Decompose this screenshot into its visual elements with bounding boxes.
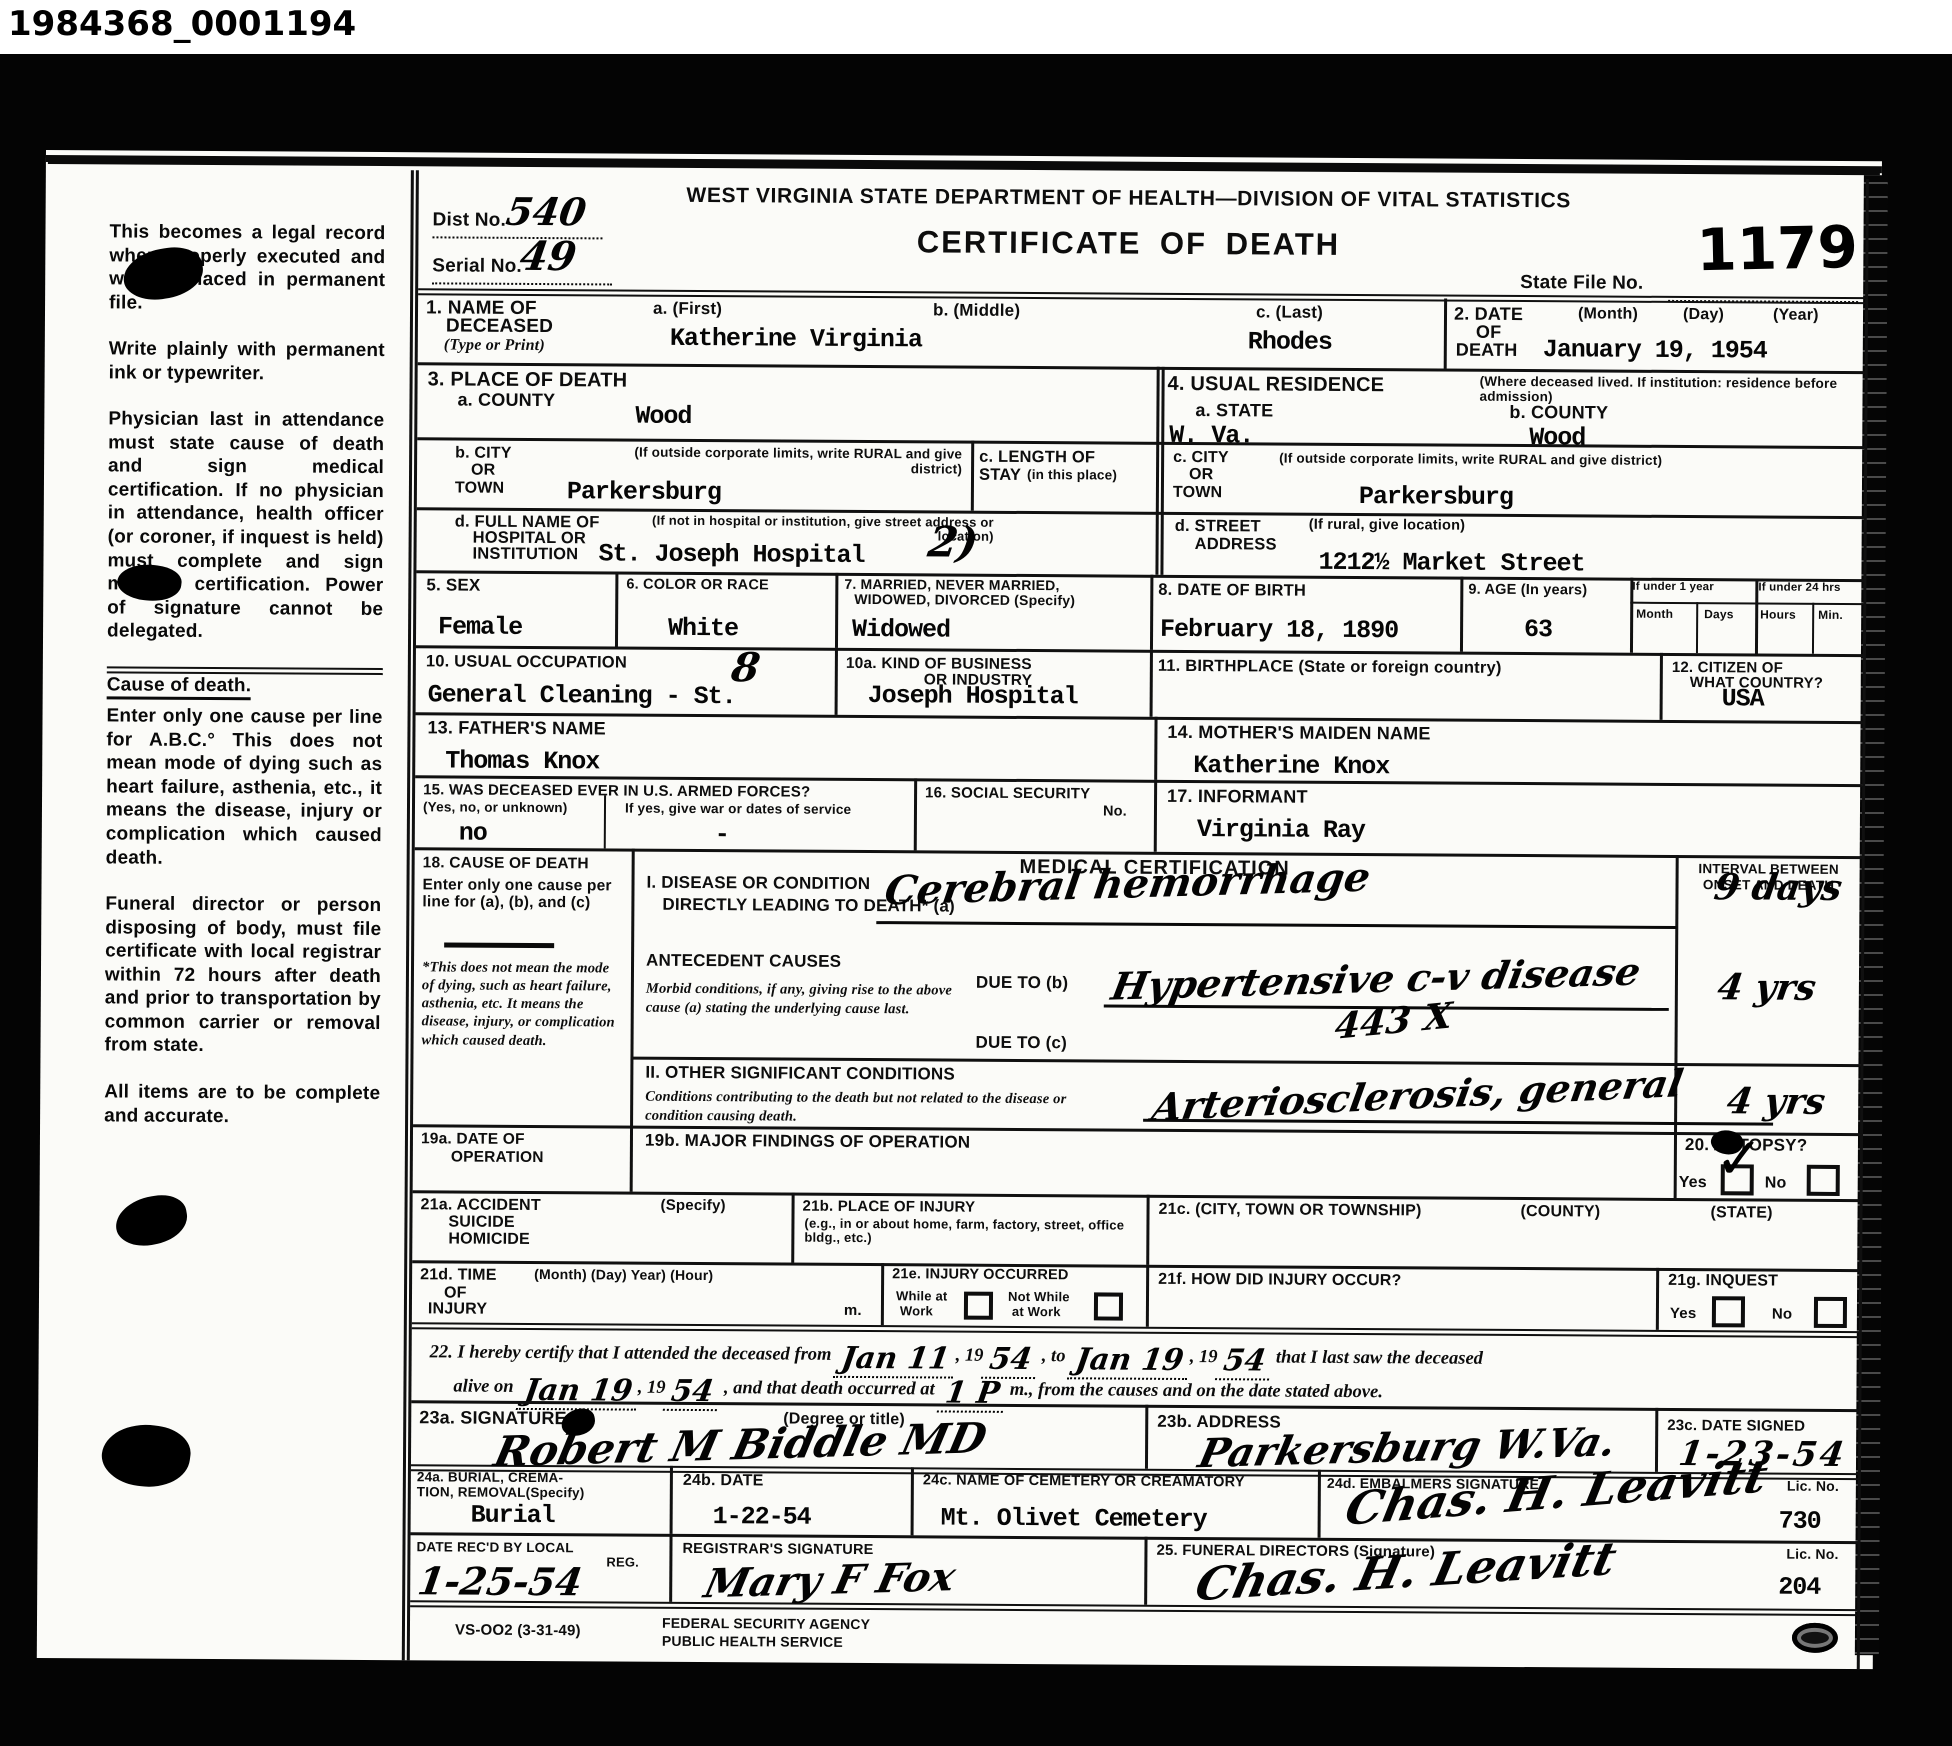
other-conditions-value: Arteriosclerosis, general <box>1149 1060 1687 1129</box>
rule <box>444 942 554 948</box>
under-1yr-label: If under 1 year <box>1632 581 1714 594</box>
father-value: Thomas Knox <box>445 746 599 776</box>
first-name-label: a. (First) <box>653 300 722 319</box>
while-at-work-checkbox <box>964 1292 993 1320</box>
birth-date-label: 8. DATE OF BIRTH <box>1158 581 1306 600</box>
rule <box>413 1190 1860 1202</box>
rule <box>416 712 1863 724</box>
inquest-label: 21g. INQUEST <box>1668 1272 1778 1290</box>
date-of-operation-label: 19a. DATE OF <box>421 1130 525 1148</box>
street-value: 1212½ Market Street <box>1318 548 1584 579</box>
attended-from-date: Jan 11 <box>833 1341 958 1379</box>
certificate-form: WEST VIRGINIA STATE DEPARTMENT OF HEALTH… <box>402 170 1869 1669</box>
first-name-value: Katherine Virginia <box>670 324 922 355</box>
rule <box>615 571 618 646</box>
rule <box>971 441 974 511</box>
date-of-death-label3: DEATH <box>1456 341 1518 361</box>
interval-a-value: 9 days <box>1711 866 1844 909</box>
armed-forces-label: 15. WAS DECEASED EVER IN U.S. ARMED FORC… <box>423 782 810 801</box>
attended-from-year: 54 <box>981 1342 1040 1379</box>
hours-sub-label: Hours <box>1760 608 1796 621</box>
city-label: b. CITY <box>455 445 512 463</box>
month-sub-label: Month <box>1636 608 1673 621</box>
age-value: 63 <box>1524 615 1552 644</box>
place-of-death-label: 3. PLACE OF DEATH <box>428 368 628 391</box>
due-to-c-label: DUE TO (c) <box>976 1034 1068 1053</box>
director-lic-value: 204 <box>1778 1573 1820 1602</box>
specify-note: (Specify) <box>661 1198 726 1215</box>
scan-id-label: 1984368_0001194 <box>8 4 356 44</box>
rule <box>670 1466 673 1534</box>
due-to-c-scribble: 443 X <box>1333 995 1453 1048</box>
rule <box>1656 1268 1659 1330</box>
last-seen-year: 54 <box>663 1374 722 1411</box>
state-file-no-stamp: 1179 <box>1696 213 1859 284</box>
burial-date-value: 1-22-54 <box>713 1502 811 1532</box>
inquest-no-label: No <box>1772 1307 1793 1324</box>
rule <box>1154 780 1157 852</box>
rule <box>604 795 606 848</box>
rule <box>669 1534 672 1602</box>
instructions-column: This becomes a legal record when properl… <box>104 220 386 1152</box>
certify-text: , and that death occurred at <box>724 1378 935 1399</box>
form-number: VS-OO2 (3-31-49) <box>455 1623 581 1640</box>
director-lic-label: Lic. No. <box>1786 1547 1838 1563</box>
embalmer-lic-value: 730 <box>1779 1507 1821 1536</box>
interval-b-value: 4 yrs <box>1715 966 1819 1009</box>
name-note: (Type or Print) <box>444 336 545 354</box>
rule <box>1755 578 1758 653</box>
rule <box>416 645 1863 657</box>
not-while-label: Not While <box>1008 1290 1070 1305</box>
occupation-value: General Cleaning - St. <box>428 680 736 711</box>
department-title: WEST VIRGINIA STATE DEPARTMENT OF HEALTH… <box>479 183 1779 214</box>
street-note: (If rural, give location) <box>1309 518 1466 535</box>
rule <box>418 288 1865 304</box>
date-received-label2: REG. <box>606 1555 639 1569</box>
usual-residence-label: 4. USUAL RESIDENCE <box>1168 373 1385 396</box>
res-county-value: Wood <box>1529 423 1585 452</box>
middle-name-label: b. (Middle) <box>933 301 1020 320</box>
rule <box>410 1600 1857 1616</box>
rule <box>1630 602 1863 605</box>
county-label: a. COUNTY <box>457 391 555 411</box>
last-name-label: c. (Last) <box>1256 303 1323 322</box>
while-at-label: While at <box>896 1289 948 1304</box>
marital-label2: WIDOWED, DIVORCED (Specify) <box>854 592 1075 609</box>
disease-label: I. DISEASE OR CONDITION <box>646 874 870 894</box>
res-city-label-or: OR <box>1189 466 1214 484</box>
time-of-injury-label: 21d. TIME <box>420 1266 497 1284</box>
rule <box>1812 603 1814 654</box>
rule <box>1444 299 1447 369</box>
inquest-no-checkbox <box>1814 1297 1847 1328</box>
res-city-value: Parkersburg <box>1359 482 1513 512</box>
last-name-value: Rhodes <box>1248 327 1332 357</box>
name-label2: DECEASED <box>446 316 553 338</box>
rule <box>1146 1265 1149 1327</box>
rule <box>876 921 1676 929</box>
ink-blot <box>98 1419 193 1492</box>
marital-value: Widowed <box>852 615 950 645</box>
street-label: d. STREET <box>1175 517 1261 536</box>
state-file-no-label: State File No. <box>1520 273 1643 295</box>
birth-date-value: February 18, 1890 <box>1160 615 1398 645</box>
rule <box>1154 717 1157 780</box>
at-work-label: at Work <box>1012 1305 1061 1320</box>
rule <box>1318 1470 1321 1538</box>
attended-to-year: 54 <box>1215 1343 1274 1380</box>
serial-no-value: 49 <box>517 233 580 280</box>
certify-text: , to <box>1042 1346 1066 1366</box>
injury-county-label: (COUNTY) <box>1520 1203 1600 1221</box>
citizen-value: USA <box>1722 684 1764 713</box>
death-time-value: 1 P <box>937 1375 1008 1412</box>
father-label: 13. FATHER'S NAME <box>427 718 605 739</box>
interval-ii-value: 4 yrs <box>1724 1080 1828 1123</box>
hospital-label3: INSTITUTION <box>472 545 578 564</box>
sex-label: 5. SEX <box>426 576 480 595</box>
last-seen-date: Jan 19 <box>515 1373 640 1411</box>
rule <box>1144 1537 1147 1605</box>
rule <box>1460 577 1463 652</box>
dotted-line <box>432 282 612 285</box>
rule <box>791 1193 794 1263</box>
autopsy-no-checkbox <box>1807 1165 1840 1196</box>
city-note: (If outside corporate limits, write RURA… <box>582 445 962 477</box>
res-city-label: c. CITY <box>1173 449 1229 467</box>
agency-line-1: FEDERAL SECURITY AGENCY <box>662 1616 870 1633</box>
stamp-icon <box>1792 1623 1838 1653</box>
other-conditions-label: II. OTHER SIGNIFICANT CONDITIONS <box>645 1064 955 1085</box>
instruction-paragraph: Physician last in attendance must state … <box>107 408 384 645</box>
attended-to-date: Jan 19 <box>1067 1342 1192 1380</box>
date-signed-label: 23c. DATE SIGNED <box>1667 1418 1805 1435</box>
informant-value: Virginia Ray <box>1197 815 1365 845</box>
inquest-yes-checkbox <box>1712 1296 1745 1327</box>
time-of-injury-cols: (Month) (Day) Year) (Hour) <box>534 1267 713 1283</box>
res-city-note: (If outside corporate limits, write RURA… <box>1279 452 1662 469</box>
autopsy-yes-label: Yes <box>1679 1174 1707 1192</box>
rule <box>835 648 838 715</box>
hospital-value: St. Joseph Hospital <box>598 539 864 570</box>
injury-state-label: (STATE) <box>1710 1204 1772 1222</box>
rule <box>411 1532 1858 1544</box>
year-col-label: (Year) <box>1773 307 1819 325</box>
rule <box>1674 855 1679 1198</box>
rule <box>412 1322 1859 1338</box>
rule <box>1145 1405 1148 1469</box>
certify-text: alive on <box>453 1377 513 1397</box>
res-county-label: b. COUNTY <box>1509 403 1608 423</box>
date-received-label: DATE REC'D BY LOCAL <box>416 1540 573 1556</box>
birthplace-label: 11. BIRTHPLACE (State or foreign country… <box>1158 657 1502 677</box>
rule <box>417 507 1864 519</box>
burial-date-label: 24b. DATE <box>683 1472 764 1490</box>
not-while-at-work-checkbox <box>1094 1292 1123 1320</box>
cemetery-value: Mt. Olivet Cemetery <box>941 1503 1207 1534</box>
city-label-or: OR <box>471 462 496 480</box>
cause-instruction-2: *This does not mean the mode of dying, s… <box>422 958 625 1050</box>
business-label: 10a. KIND OF BUSINESS <box>846 655 1032 673</box>
war-dates-value: - <box>715 820 729 849</box>
mother-label: 14. MOTHER'S MAIDEN NAME <box>1167 723 1430 744</box>
race-label: 6. COLOR OR RACE <box>626 578 769 595</box>
burial-label2: TION, REMOVAL(Specify) <box>417 1485 585 1501</box>
suicide-label: SUICIDE <box>448 1213 514 1231</box>
state-label: a. STATE <box>1195 401 1273 421</box>
burial-value: Burial <box>471 1501 555 1531</box>
rule <box>881 1263 884 1325</box>
rule <box>1630 578 1633 653</box>
under-24hr-label: If under 24 hrs <box>1758 581 1840 594</box>
certificate-page: This becomes a legal record when properl… <box>37 150 1882 1669</box>
rule <box>911 1467 914 1535</box>
due-to-b-label: DUE TO (b) <box>976 974 1068 993</box>
injury-occurred-label: 21e. INJURY OCCURRED <box>892 1267 1069 1284</box>
race-value: White <box>668 614 738 643</box>
date-of-death-value: January 19, 1954 <box>1543 335 1767 365</box>
date-received-value: 1-25-54 <box>415 1558 585 1604</box>
instruction-paragraph: Enter only one cause per line for A.B.C.… <box>106 705 383 872</box>
mother-value: Katherine Knox <box>1193 751 1389 781</box>
certify-text: m., from the causes and on the date stat… <box>1010 1380 1383 1402</box>
day-col-label: (Day) <box>1683 306 1724 324</box>
time-of-injury-label3: INJURY <box>428 1300 487 1318</box>
work-label: Work <box>900 1304 933 1318</box>
rule <box>1660 653 1663 720</box>
place-of-injury-label: 21b. PLACE OF INJURY <box>803 1199 976 1217</box>
armed-forces-note2: If yes, give war or dates of service <box>625 802 851 818</box>
certify-text: that I last saw the deceased <box>1276 1348 1483 1369</box>
injury-city-label: 21c. (CITY, TOWN OR TOWNSHIP) <box>1158 1201 1421 1220</box>
cause-of-death-heading: Cause of death. <box>107 666 383 698</box>
rule <box>1150 575 1153 650</box>
due-to-b-value: Hypertensive c-v disease <box>1108 949 1644 1009</box>
accident-label: 21a. ACCIDENT <box>421 1196 541 1214</box>
month-col-label: (Month) <box>1578 305 1638 323</box>
days-sub-label: Days <box>1704 608 1734 621</box>
handwritten-mark: 2) <box>925 517 981 566</box>
rule <box>1150 650 1153 717</box>
agency-line-2: PUBLIC HEALTH SERVICE <box>662 1634 843 1650</box>
rule <box>1155 367 1164 575</box>
rule <box>1146 1195 1149 1265</box>
rule <box>914 778 917 850</box>
scan-viewer: 1984368_0001194 This becomes a legal rec… <box>0 0 1952 1746</box>
homicide-label: HOMICIDE <box>448 1230 530 1248</box>
embalmer-lic-label: Lic. No. <box>1787 1479 1839 1495</box>
length-of-stay-label: c. LENGTH OF <box>979 448 1095 467</box>
occupation-label: 10. USUAL OCCUPATION <box>426 652 627 671</box>
armed-forces-value: no <box>459 819 487 848</box>
dist-no-label: Dist No. <box>433 210 507 231</box>
city-label-town: TOWN <box>455 480 504 498</box>
armed-forces-note1: (Yes, no, or unknown) <box>423 800 568 816</box>
rule <box>1696 602 1698 653</box>
other-conditions-note: Conditions contributing to the death but… <box>645 1088 1125 1129</box>
rule <box>630 849 635 1192</box>
age-label: 9. AGE (In years) <box>1468 583 1587 600</box>
rule <box>835 573 838 648</box>
city-value: Parkersburg <box>567 477 721 507</box>
how-injury-label: 21f. HOW DID INJURY OCCUR? <box>1158 1271 1402 1290</box>
ink-blot <box>112 1191 191 1250</box>
county-value: Wood <box>635 402 691 431</box>
inquest-yes-label: Yes <box>1670 1306 1697 1323</box>
length-of-stay-label2: STAY <box>979 466 1021 484</box>
res-city-label-town: TOWN <box>1173 484 1222 502</box>
certify-text: 22. I hereby certify that I attended the… <box>430 1342 832 1364</box>
certify-statement-line2: alive on Jan 19, 1954 , and that death o… <box>453 1373 1383 1416</box>
certificate-title: CERTIFICATE OF DEATH <box>478 223 1778 265</box>
street-label2: ADDRESS <box>1195 535 1277 554</box>
major-findings-label: 19b. MAJOR FINDINGS OF OPERATION <box>645 1132 970 1153</box>
ssn-label2: No. <box>1103 804 1127 820</box>
certify-text: , 19 <box>638 1378 666 1398</box>
place-of-injury-note: (e.g., in or about home, farm, factory, … <box>804 1217 1139 1248</box>
instruction-paragraph: All items are to be complete and accurat… <box>104 1080 380 1129</box>
handwritten-mark: 8 <box>728 644 763 691</box>
state-value: W. Va. <box>1169 421 1253 451</box>
min-sub-label: Min. <box>1818 609 1843 622</box>
length-of-stay-note: (in this place) <box>1027 468 1117 483</box>
antecedent-note: Morbid conditions, if any, giving rise t… <box>646 980 976 1020</box>
registrar-signature: Mary F Fox <box>700 1553 960 1607</box>
date-of-operation-label2: OPERATION <box>451 1148 544 1166</box>
dist-no-value: 540 <box>503 189 589 234</box>
serial-no-label: Serial No. <box>432 256 522 277</box>
autopsy-no-label: No <box>1765 1175 1787 1193</box>
antecedent-label: ANTECEDENT CAUSES <box>646 952 841 972</box>
cause-of-death-label: 18. CAUSE OF DEATH <box>423 854 589 872</box>
business-value: Joseph Hospital <box>868 681 1078 711</box>
instruction-paragraph: Write plainly with permanent ink or type… <box>109 338 385 387</box>
sex-value: Female <box>438 612 522 642</box>
informant-label: 17. INFORMANT <box>1167 787 1308 808</box>
torn-top-edge <box>46 155 1882 173</box>
certify-text: , 19 <box>956 1346 984 1366</box>
scan-id-bar: 1984368_0001194 <box>0 0 1952 54</box>
time-m-label: m. <box>844 1303 862 1320</box>
certify-text: , 19 <box>1190 1347 1218 1367</box>
ssn-label: 16. SOCIAL SECURITY <box>925 785 1090 803</box>
instruction-paragraph: Funeral director or person disposing of … <box>104 893 381 1060</box>
cause-instruction-1: Enter only one cause per line for (a), (… <box>422 876 622 911</box>
